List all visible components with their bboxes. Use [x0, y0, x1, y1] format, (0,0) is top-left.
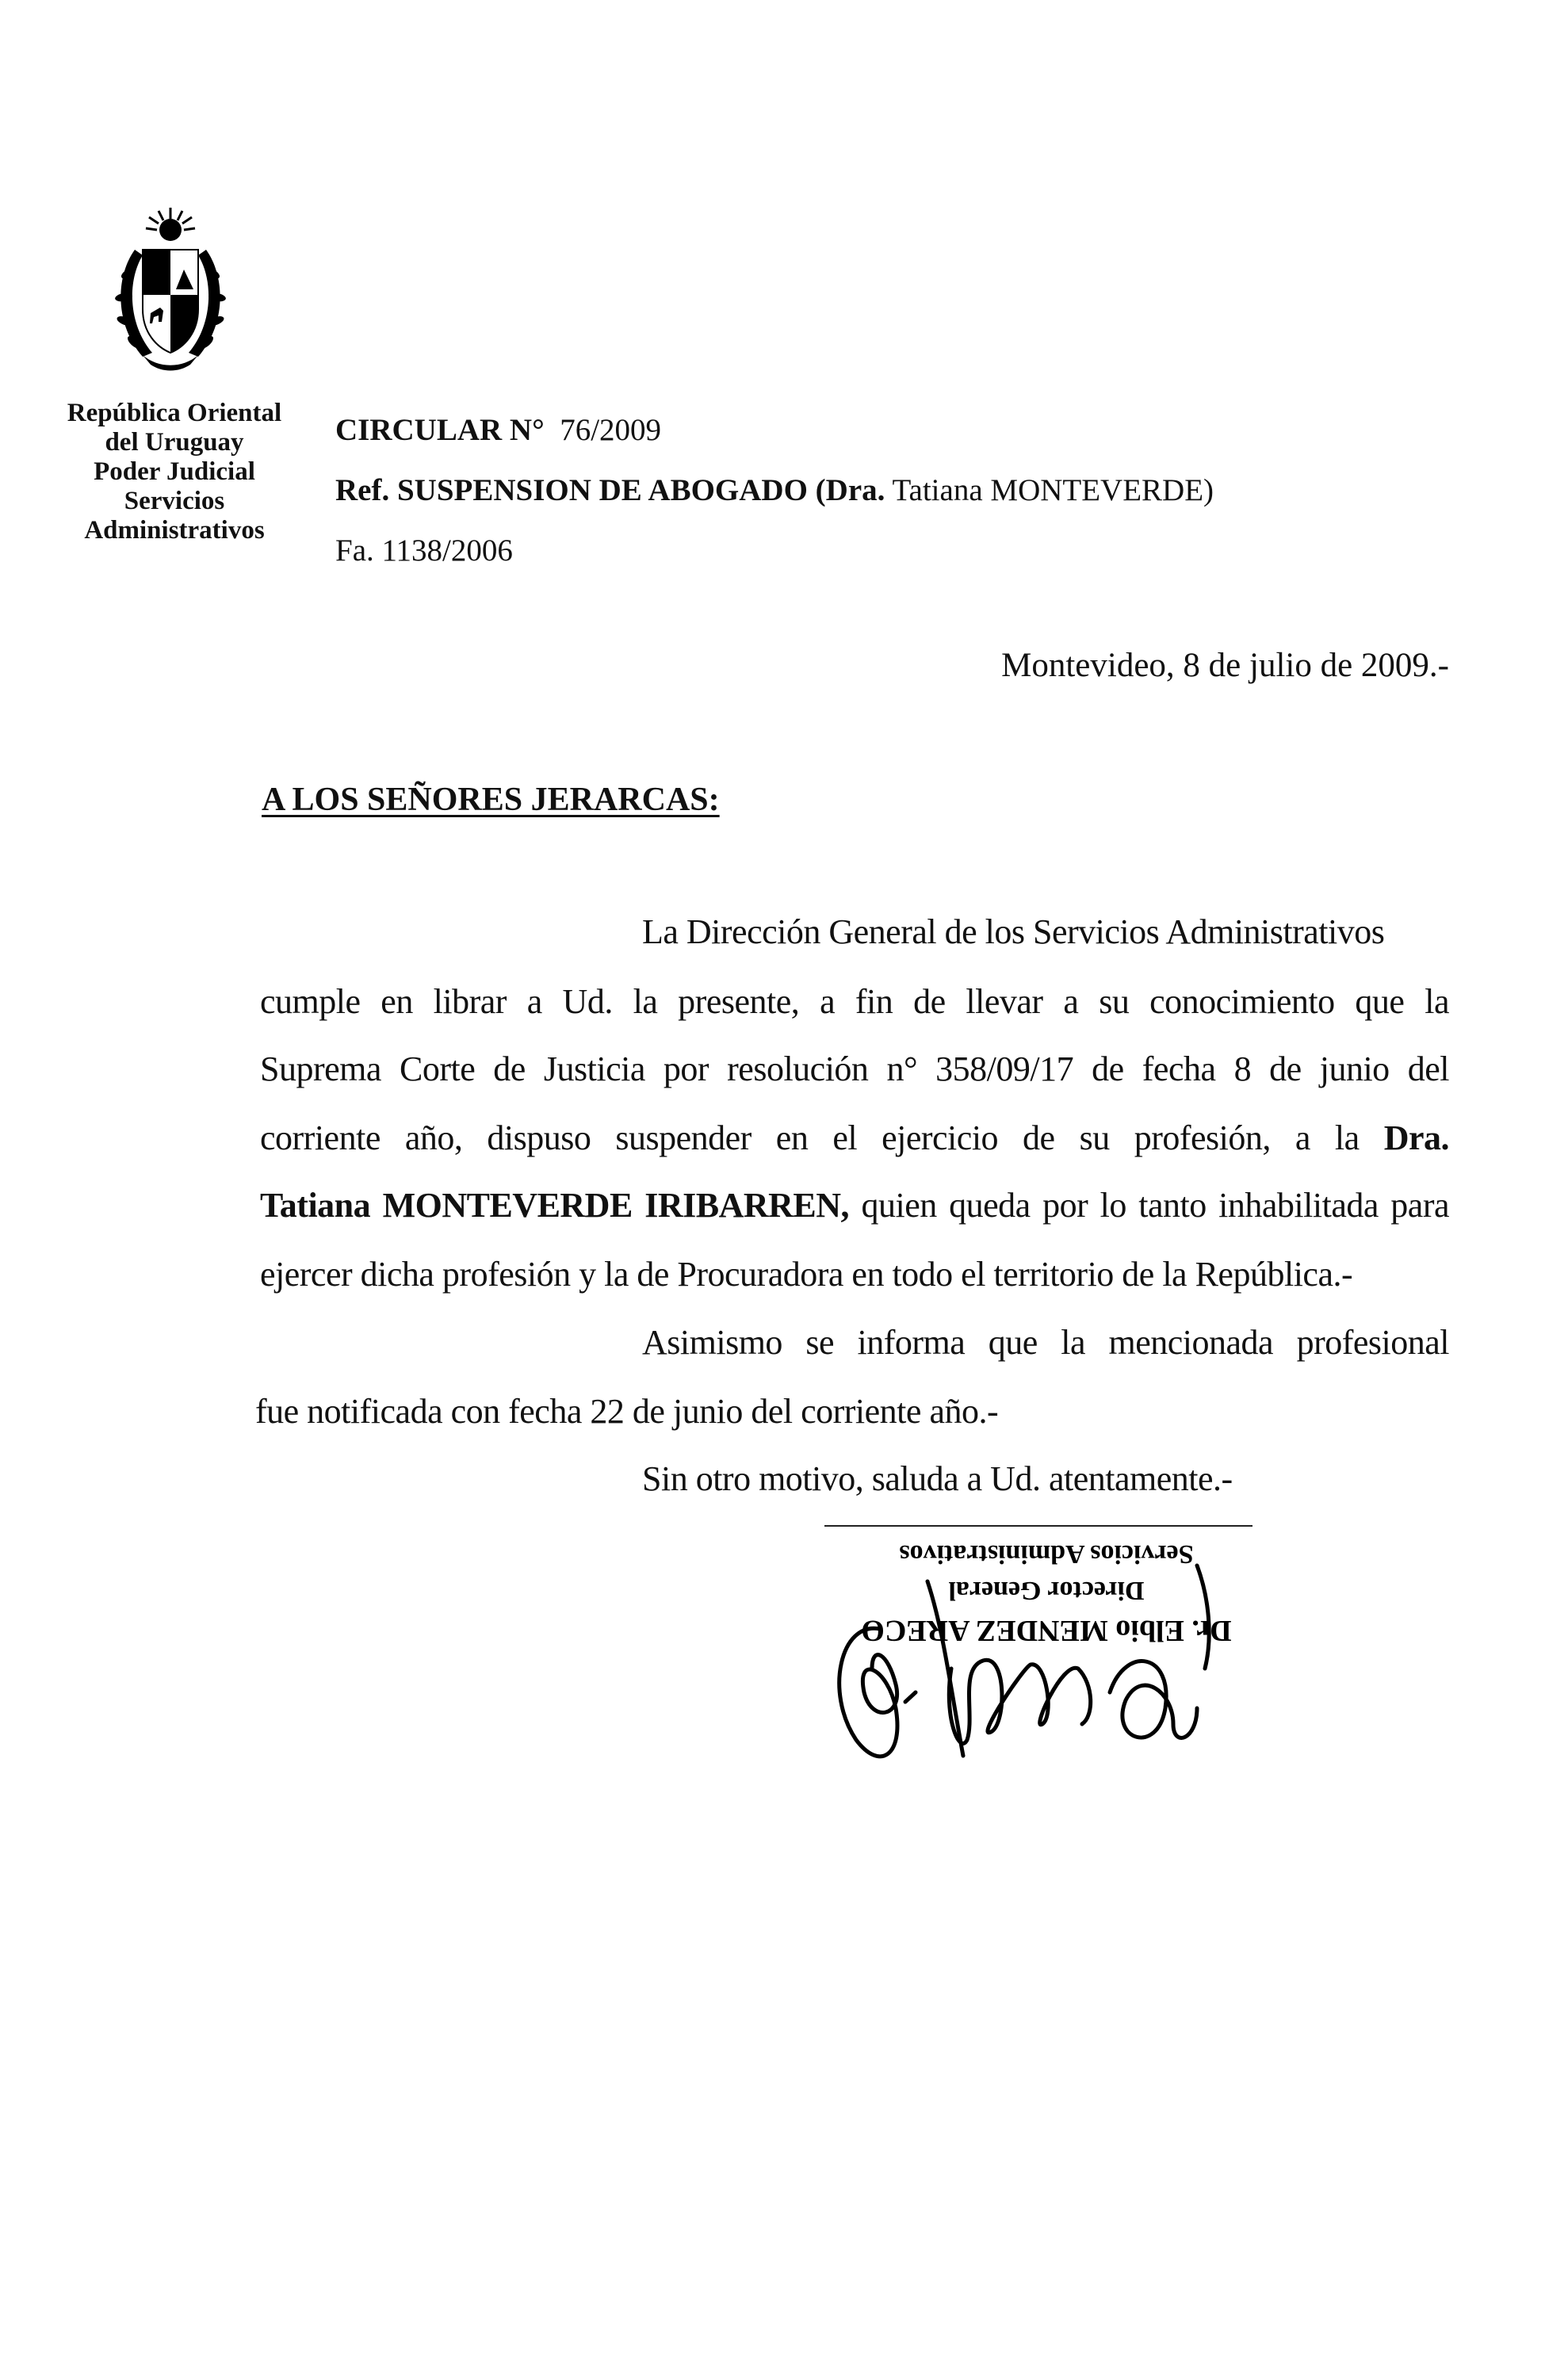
circular-label: CIRCULAR N°: [335, 413, 545, 447]
institution-line: Servicios: [40, 487, 309, 516]
body-text: quien queda por lo tanto inhabilitada pa…: [861, 1186, 1449, 1225]
ref-line: Ref. SUSPENSION DE ABOGADO (Dra. Tatiana…: [335, 461, 1214, 521]
body-line: Suprema Corte de Justicia por resolución…: [260, 1049, 1449, 1089]
circular-line: CIRCULAR N° 76/2009: [335, 400, 1214, 461]
ref-name: Tatiana MONTEVERDE): [892, 473, 1214, 507]
signature-stamp: Dr. Elbio MENDEZ ARECO Director General …: [824, 1534, 1268, 1795]
body-line: corriente año, dispuso suspender en el e…: [260, 1118, 1449, 1158]
institution-line: del Uruguay: [40, 428, 309, 457]
body-line: fue notificada con fecha 22 de junio del…: [255, 1391, 998, 1432]
body-text: corriente año, dispuso suspender en el e…: [260, 1118, 1360, 1157]
closing-line: Sin otro motivo, saluda a Ud. atentament…: [642, 1459, 1233, 1499]
ref-prefix: Ref.: [335, 473, 389, 507]
body-line: Asimismo se informa que la mencionada pr…: [642, 1322, 1449, 1363]
date-line: Montevideo, 8 de julio de 2009.-: [1001, 646, 1449, 685]
body-line: Tatiana MONTEVERDE IRIBARREN, quien qued…: [260, 1185, 1449, 1225]
salutation: A LOS SEÑORES JERARCAS:: [262, 781, 720, 819]
institution-line: Poder Judicial: [40, 457, 309, 487]
body-line: La Dirección General de los Servicios Ad…: [642, 912, 1384, 952]
institution-line: Administrativos: [40, 516, 309, 545]
signature-line: [824, 1525, 1252, 1527]
handwritten-signature-icon: [824, 1534, 1268, 1795]
institution-block: República Oriental del Uruguay Poder Jud…: [40, 399, 309, 545]
body-line: cumple en librar a Ud. la presente, a fi…: [260, 981, 1449, 1022]
bold-name: Tatiana MONTEVERDE IRIBARREN,: [260, 1186, 849, 1225]
bold-title: Dra.: [1384, 1118, 1449, 1157]
ref-text: SUSPENSION DE ABOGADO (Dra.: [397, 473, 885, 507]
institution-line: República Oriental: [40, 399, 309, 428]
coat-of-arms-icon: [111, 206, 230, 373]
circular-number: 76/2009: [560, 413, 661, 447]
reference-block: CIRCULAR N° 76/2009 Ref. SUSPENSION DE A…: [335, 400, 1214, 581]
body-line: ejercer dicha profesión y la de Procurad…: [260, 1254, 1352, 1294]
file-ref: Fa. 1138/2006: [335, 521, 1214, 581]
